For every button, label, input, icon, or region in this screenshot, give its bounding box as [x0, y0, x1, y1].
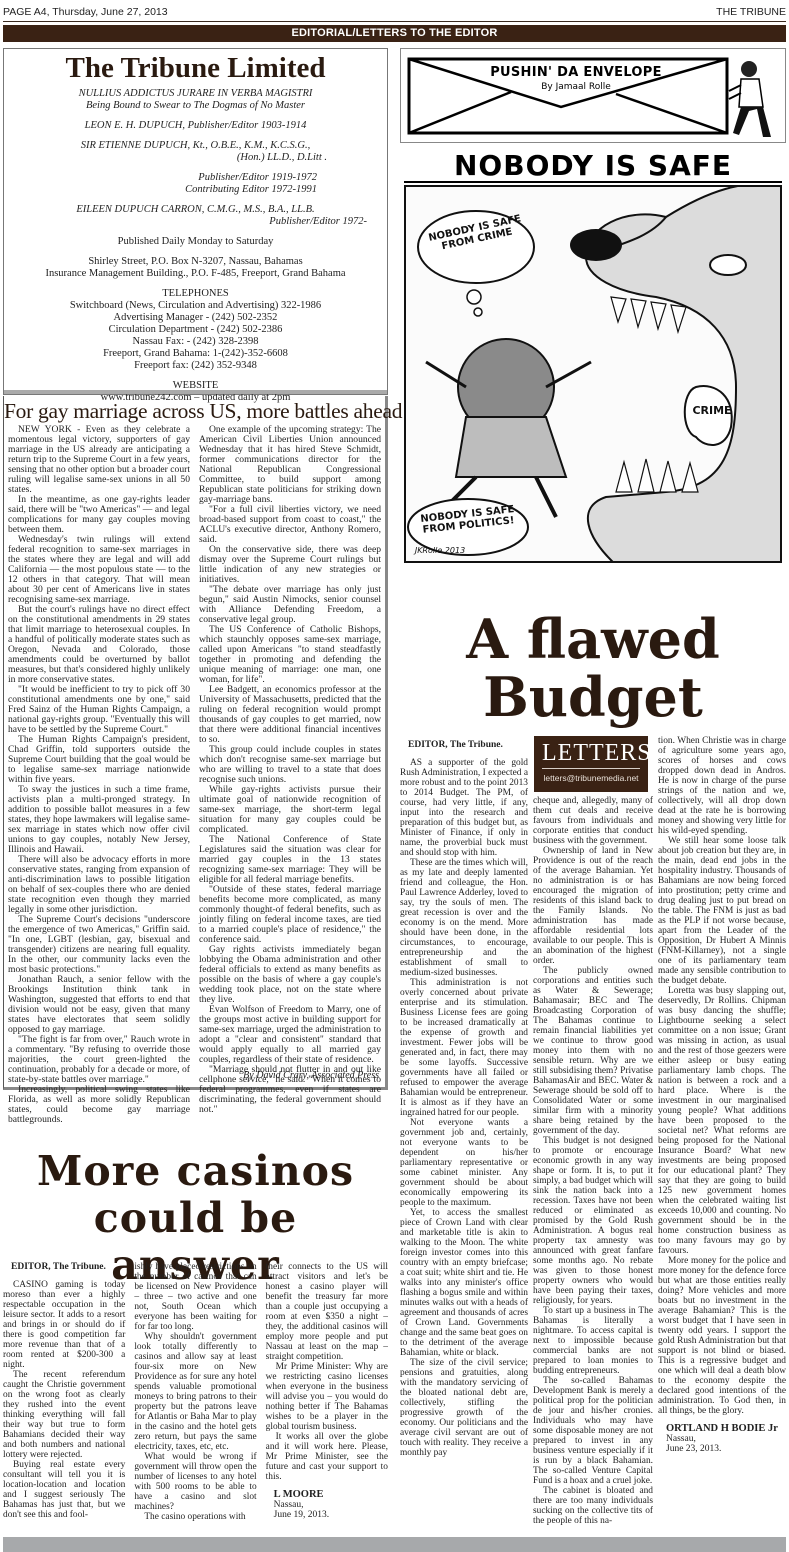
paragraph: Not everyone wants a government job and,… — [400, 1118, 528, 1208]
paragraph: NEW YORK - Even as they celebrate a mome… — [8, 425, 190, 495]
paragraph: To sway the justices in such a time fram… — [8, 785, 190, 855]
phone-line: Nassau Fax: - (242) 328-2398 — [4, 336, 387, 348]
letter-column-2: cheque and, allegedly, many of them cut … — [533, 796, 653, 1526]
paragraph: To start up a business in The Bahamas is… — [533, 1306, 653, 1376]
letters-title: LETTERS — [542, 738, 640, 769]
budget-headline-line1: A flawed — [400, 610, 786, 668]
paragraph: This administration is not overly concer… — [400, 978, 528, 1118]
paragraph: their connects to the US will attract vi… — [266, 1262, 388, 1362]
section-bar: EDITORIAL/LETTERS TO THE EDITOR — [3, 25, 786, 42]
signer-place: Nassau, — [666, 1434, 786, 1444]
telephones-label: TELEPHONES — [4, 288, 387, 300]
paragraph: While gay-rights activists pursue their … — [199, 785, 381, 835]
paragraph: Buying real estate every consultant will… — [3, 1460, 125, 1520]
paragraph: The publicly owned corporations and enti… — [533, 966, 653, 1136]
phone-line: Switchboard (News, Circulation and Adver… — [4, 300, 387, 312]
motto-english: Being Bound to Swear to The Dogmas of No… — [4, 100, 387, 112]
phone-line: Circulation Department - (242) 502-2386 — [4, 324, 387, 336]
envelope-illustration — [401, 49, 787, 144]
paragraph: Wednesday's twin rulings will extend fed… — [8, 535, 190, 605]
paragraph: "Outside of these states, federal marria… — [199, 885, 381, 945]
signer-place: Nassau, — [274, 1500, 388, 1510]
masthead-rule — [4, 390, 387, 394]
paragraph: "The fight is far from over," Rauch wrot… — [8, 1035, 190, 1085]
paragraph: In the meantime, as one gay-rights leade… — [8, 495, 190, 535]
paragraph: But the court's rulings have no direct e… — [8, 605, 190, 685]
editor-salutation: EDITOR, The Tribune. — [3, 1262, 125, 1272]
page-header: PAGE A4, Thursday, June 27, 2013 THE TRI… — [3, 4, 786, 20]
tongue-label-crime: CRIME — [689, 405, 735, 416]
paragraph: tion. When Christie was in charge of agr… — [658, 736, 786, 836]
address-nassau: Shirley Street, P.O. Box N-3207, Nassau,… — [4, 256, 387, 268]
paragraph: "The debate over marriage has only just … — [199, 585, 381, 625]
strip-title: PUSHIN' DA ENVELOPE — [476, 65, 676, 80]
editor-salutation: EDITOR, The Tribune. — [400, 740, 528, 750]
masthead-title: The Tribune Limited — [4, 52, 387, 85]
paragraph: More money for the police and more money… — [658, 1256, 786, 1416]
founder-line: LEON E. H. DUPUCH, Publisher/Editor 1903… — [4, 120, 387, 132]
paragraph: This budget is not designed to promote o… — [533, 1136, 653, 1306]
paper-name: THE TRIBUNE — [716, 6, 786, 18]
paragraph: We still hear some loose talk about job … — [658, 836, 786, 986]
editorial-cartoon: NOBODY IS SAFE FROM CRIME CRIME NOBODY I… — [404, 185, 782, 563]
gay-marriage-article: For gay marriage across US, more battles… — [3, 396, 388, 1090]
letter-signoff: L MOORE Nassau, June 19, 2013. — [266, 1490, 388, 1520]
paragraph: There will also be advocacy efforts in m… — [8, 855, 190, 915]
signer-date: June 23, 2013. — [666, 1444, 786, 1454]
signer-date: June 19, 2013. — [274, 1510, 388, 1520]
paragraph: The casino operations with — [134, 1512, 256, 1522]
paragraph: Why shouldn't government look totally di… — [134, 1332, 256, 1452]
budget-headline: A flawed Budget — [400, 610, 786, 726]
paragraph: CASINO gaming is today moreso than ever … — [3, 1280, 125, 1370]
paragraph: The so-called Bahamas Development Bank i… — [533, 1376, 653, 1486]
paragraph: The US Conference of Catholic Bishops, w… — [199, 625, 381, 685]
paragraph: On the conservative side, there was deep… — [199, 545, 381, 585]
masthead-box: The Tribune Limited NULLIUS ADDICTUS JUR… — [3, 48, 388, 395]
sir-etienne-line1: SIR ETIENNE DUPUCH, Kt., O.B.E., K.M., K… — [4, 140, 387, 152]
paragraph: Loretta was busy slapping out, deservedl… — [658, 986, 786, 1256]
paragraph: Yet, to access the smallest piece of Cro… — [400, 1208, 528, 1358]
letters-email[interactable]: letters@tribunemedia.net — [534, 769, 648, 787]
paragraph: "It would be inefficient to try to pick … — [8, 685, 190, 735]
article-byline: By David Crary, Associated Press — [243, 1070, 379, 1081]
paragraph: ishly have placed restrictions on the nu… — [134, 1262, 256, 1332]
paragraph: What would be wrong if government will t… — [134, 1452, 256, 1512]
address-freeport: Insurance Management Building., P.O. F-4… — [4, 268, 387, 280]
paragraph: cheque and, allegedly, many of them cut … — [533, 796, 653, 846]
sir-etienne-role1: Publisher/Editor 1919-1972 — [4, 172, 387, 184]
strip-byline: By Jamaal Rolle — [476, 82, 676, 92]
header-rule — [3, 21, 786, 22]
letter-column-1: EDITOR, The Tribune. CASINO gaming is to… — [3, 1262, 125, 1522]
paragraph: "For a full civil liberties victory, we … — [199, 505, 381, 545]
cartoonist-signature: JKRolle 2013 — [410, 545, 470, 556]
paragraph: The National Conference of State Legisla… — [199, 835, 381, 885]
letters-badge: LETTERS letters@tribunemedia.net — [534, 736, 648, 792]
cartoon-headline: NOBODY IS SAFE — [404, 151, 782, 183]
article-headline: For gay marriage across US, more battles… — [4, 398, 385, 424]
casinos-headline-line1: More casinos — [3, 1148, 388, 1195]
budget-headline-line2: Budget — [400, 668, 786, 726]
article-column-2: One example of the upcoming strategy: Th… — [199, 425, 381, 1125]
paragraph: The Supreme Court's decisions "underscor… — [8, 915, 190, 975]
paragraph: Jonathan Rauch, a senior fellow with the… — [8, 975, 190, 1035]
page-info: PAGE A4, Thursday, June 27, 2013 — [3, 6, 168, 18]
paragraph: The cabinet is bloated and there are too… — [533, 1486, 653, 1526]
pushin-da-envelope-banner: PUSHIN' DA ENVELOPE By Jamaal Rolle — [400, 48, 786, 143]
paragraph: It works all over the globe and it will … — [266, 1432, 388, 1482]
signer-name: L MOORE — [274, 1490, 388, 1500]
signer-name: ORTLAND H BODIE Jr — [666, 1424, 786, 1434]
pushing-man-figure — [729, 61, 771, 137]
paragraph: Ownership of land in New Providence is o… — [533, 846, 653, 966]
eileen-line2: Publisher/Editor 1972- — [4, 216, 387, 228]
motto-latin: NULLIUS ADDICTUS JURARE IN VERBA MAGISTR… — [4, 88, 387, 100]
casinos-letter: EDITOR, The Tribune. CASINO gaming is to… — [3, 1262, 388, 1522]
paragraph: The Human Rights Campaign's president, C… — [8, 735, 190, 785]
eileen-line1: EILEEN DUPUCH CARRON, C.M.G., M.S., B.A.… — [4, 204, 387, 216]
paragraph: One example of the upcoming strategy: Th… — [199, 425, 381, 505]
paragraph: The recent referendum caught the Christi… — [3, 1370, 125, 1460]
phone-line: Freeport, Grand Bahama: 1-(242)-352-6608 — [4, 348, 387, 360]
letter-column-1: EDITOR, The Tribune. AS a supporter of t… — [400, 736, 528, 1458]
published-line: Published Daily Monday to Saturday — [4, 236, 387, 248]
paragraph: Increasingly, political swing states lik… — [8, 1085, 190, 1125]
letter-column-3: tion. When Christie was in charge of agr… — [658, 736, 786, 1454]
paragraph: These are the times which will, as my la… — [400, 858, 528, 978]
paragraph: This group could include couples in stat… — [199, 745, 381, 785]
sir-etienne-line2: (Hon.) LL.D., D.Litt . — [4, 152, 387, 164]
paragraph: The size of the civil service; pensions … — [400, 1358, 528, 1458]
paragraph: Mr Prime Minister: Why are we restrictin… — [266, 1362, 388, 1432]
phone-line: Advertising Manager - (242) 502-2352 — [4, 312, 387, 324]
phone-line: Freeport fax: (242) 352-9348 — [4, 360, 387, 372]
footer-rule — [3, 1537, 786, 1552]
letter-signoff: ORTLAND H BODIE Jr Nassau, June 23, 2013… — [658, 1424, 786, 1454]
paragraph: Lee Badgett, an economics professor at t… — [199, 685, 381, 745]
paragraph: Evan Wolfson of Freedom to Marry, one of… — [199, 1005, 381, 1065]
paragraph: AS a supporter of the gold Rush Administ… — [400, 758, 528, 858]
paragraph: Gay rights activists immediately began l… — [199, 945, 381, 1005]
article-column-1: NEW YORK - Even as they celebrate a mome… — [8, 425, 190, 1125]
letter-column-2: ishly have placed restrictions on the nu… — [134, 1262, 256, 1522]
sir-etienne-role2: Contributing Editor 1972-1991 — [4, 184, 387, 196]
letter-column-3: their connects to the US will attract vi… — [266, 1262, 388, 1522]
